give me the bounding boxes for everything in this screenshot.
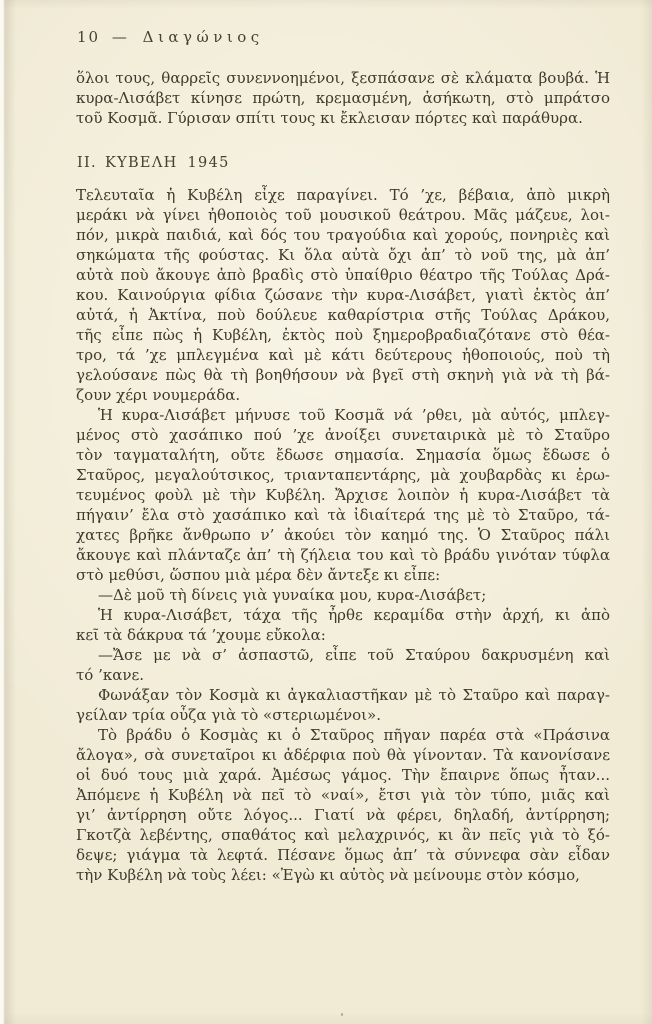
paragraph: Ἡ κυρα-Λισάβετ, τάχα τῆς ἦρθε κεραμίδα σ… [76, 605, 610, 645]
text-line: τοῦ Κοσμᾶ. Γύρισαν σπίτι τους κι ἔκλεισα… [76, 108, 610, 128]
text-line: Σταῦρος, μεγαλούτσικος, τριανταπεντάρης,… [76, 465, 610, 485]
text-line: τῆς εἶπε πὼς ἡ Κυβέλη, ἐκτὸς ποὺ ξημεροβ… [76, 325, 610, 345]
text-line: πήγαιν’ ἔλα στὸ χασάπικο καὶ τὰ ἰδιαίτερ… [76, 505, 610, 525]
text-line: Γκοτζὰ λεβέντης, σπαθάτος καὶ μελαχρινός… [76, 825, 610, 845]
text-line: τὸν ταγματαλήτη, οὔτε ἔδωσε σημασία. Σημ… [76, 445, 610, 465]
section-number: II. [77, 155, 97, 171]
text-line: γι’ ἀντίρρηση οὔτε λόγος... Γιατί νὰ φέρ… [76, 805, 610, 825]
text-line: αὐτὰ ποὺ ἄκουγε ἀπὸ βραδὶς στὸ ὑπαίθριο … [76, 265, 610, 285]
text-line: κυρα-Λισάβετ κίνησε πρώτη, κρεμασμένη, ἀ… [76, 88, 610, 108]
section-title: ΚΥΒΕΛΗ [105, 155, 178, 171]
paragraph-continuation: ὅλοι τους, θαρρεῖς συνεννοημένοι, ξεσπάσ… [76, 68, 610, 128]
page-body: ὅλοι τους, θαρρεῖς συνεννοημένοι, ξεσπάσ… [76, 68, 610, 885]
print-speck [341, 1013, 343, 1016]
text-line: τευμένος φοὺλ μὲ τὴν Κυβέλη. Ἄρχισε λοιπ… [76, 485, 610, 505]
text-line: Τὸ βράδυ ὁ Κοσμὰς κι ὁ Σταῦρος πῆγαν παρ… [76, 725, 610, 745]
text-line: μένος στὸ χασάπικο πού ’χε ἀνοίξει συνετ… [76, 425, 610, 445]
dialogue-line: —Δὲ μοῦ τὴ δίνεις γιὰ γυναίκα μου, κυρα-… [76, 585, 610, 605]
text-line: Ἡ κυρα-Λισάβετ μήνυσε τοῦ Κοσμᾶ νά ’ρθει… [76, 405, 610, 425]
section-year: 1945 [188, 155, 230, 171]
text-line: γελούσανε πὼς θὰ τὴ βοηθήσουν νὰ βγεῖ στ… [76, 365, 610, 385]
text-line: στὸ μεθύσι, ὥσπου μιὰ μέρα δὲν ἄντεξε κι… [76, 565, 610, 585]
text-line: δεψε; γιάγμα τὰ λεφτά. Πέσανε ὅμως ἀπ’ τ… [76, 845, 610, 865]
header-separator: — [112, 28, 127, 46]
text-line: ἄκουγε καὶ πλάνταζε ἀπ’ τὴ ζήλεια του κα… [76, 545, 610, 565]
text-line: Φωνάξαν τὸν Κοσμὰ κι ἀγκαλιαστῆκαν μὲ τὸ… [76, 685, 610, 705]
text-line: σηκώματα τῆς φούστας. Κι ὅλα αὐτὰ ὄχι ἀπ… [76, 245, 610, 265]
dialogue-paragraph: —Δὲ μοῦ τὴ δίνεις γιὰ γυναίκα μου, κυρα-… [76, 585, 610, 605]
text-line: ἄλογα», σὰ συνεταῖροι κι ἀδέρφια ποὺ θὰ … [76, 745, 610, 765]
text-line: πόν, μικρὰ παιδιά, καὶ δός του τραγούδια… [76, 225, 610, 245]
text-line: κου. Καινούργια φίδια ζώσανε τὴν κυρα-Λι… [76, 285, 610, 305]
text-line: Ἡ κυρα-Λισάβετ, τάχα τῆς ἦρθε κεραμίδα σ… [76, 605, 610, 625]
paragraph: Τὸ βράδυ ὁ Κοσμὰς κι ὁ Σταῦρος πῆγαν παρ… [76, 725, 610, 885]
section-heading: II.ΚΥΒΕΛΗ1945 [77, 154, 610, 172]
journal-title: Διαγώνιος [143, 28, 264, 46]
text-line: Τελευταῖα ἡ Κυβέλη εἶχε παραγίνει. Τό ’χ… [76, 185, 610, 205]
text-line: μεράκι νὰ γίνει ἠθοποιὸς τοῦ μουσικοῦ θε… [76, 205, 610, 225]
text-line: χατες βρῆκε ἄνθρωπο ν’ ἀκούει τὸν καημό … [76, 525, 610, 545]
paragraph: Τελευταῖα ἡ Κυβέλη εἶχε παραγίνει. Τό ’χ… [76, 185, 610, 405]
text-line: Ἀπόμενε ἡ Κυβέλη νὰ πεῖ τὸ «ναί», ἔτσι γ… [76, 785, 610, 805]
text-line: αὐτά, ἡ Ἀκτίνα, ποὺ δούλευε καθαρίστρια … [76, 305, 610, 325]
book-page: 10 — Διαγώνιος ὅλοι τους, θαρρεῖς συνενν… [76, 27, 610, 885]
text-line: ὅλοι τους, θαρρεῖς συνεννοημένοι, ξεσπάσ… [76, 68, 610, 88]
text-line: γείλαν τρία οὖζα γιὰ τὸ «στεριωμένοι». [76, 705, 610, 725]
dialogue-paragraph: —Ἄσε με νὰ σ’ ἀσπαστῶ, εἶπε τοῦ Σταύρου … [76, 645, 610, 685]
text-line: ζουν χέρι νουμεράδα. [76, 385, 610, 405]
text-line: κεῖ τὰ δάκρυα τά ’χουμε εὔκολα: [76, 625, 610, 645]
text-line: οἱ δυό τους μιὰ χαρά. Ἀμέσως γάμος. Τὴν … [76, 765, 610, 785]
paragraph: Ἡ κυρα-Λισάβετ μήνυσε τοῦ Κοσμᾶ νά ’ρθει… [76, 405, 610, 585]
dialogue-line: —Ἄσε με νὰ σ’ ἀσπαστῶ, εἶπε τοῦ Σταύρου … [76, 645, 610, 665]
paragraph: Φωνάξαν τὸν Κοσμὰ κι ἀγκαλιαστῆκαν μὲ τὸ… [76, 685, 610, 725]
dialogue-line: τό ’κανε. [76, 665, 610, 685]
running-header: 10 — Διαγώνιος [77, 27, 610, 47]
text-line: τὴν Κυβέλη νὰ τοὺς λέει: «Ἐγὼ κι αὐτὸς ν… [76, 865, 610, 885]
text-line: τρο, τά ’χε μπλεγμένα καὶ μὲ κάτι δεύτερ… [76, 345, 610, 365]
page-scan: 10 — Διαγώνιος ὅλοι τους, θαρρεῖς συνενν… [0, 0, 652, 1024]
page-number: 10 [77, 28, 100, 46]
